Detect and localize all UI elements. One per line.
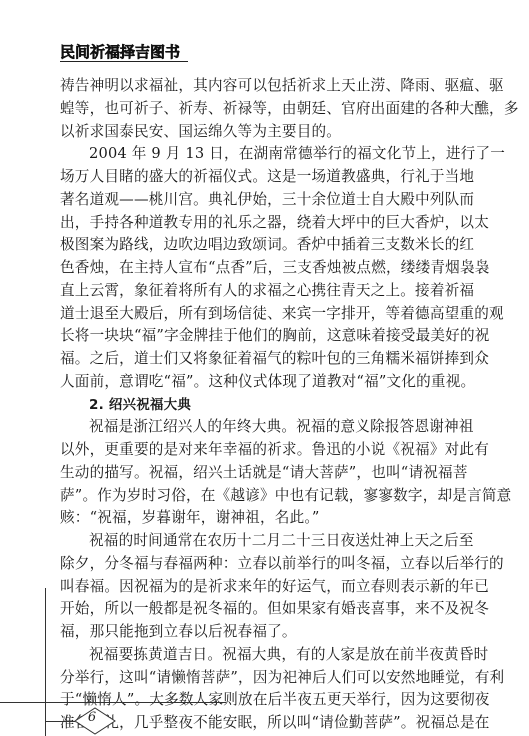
text-line: 准备福礼，几乎整夜不能安眠，所以叫“请俭勤菩萨”。祝福总是在 [60,712,462,735]
text-line: 叫春福。因祝福为的是祈求来年的好运气，而立春则表示新的年已 [60,576,462,599]
text-line: 祝福的时间通常在农历十二月二十三日夜送灶神上天之后至 [60,530,462,553]
text-line: 极图案为路线，边吹边唱边致颂词。香炉中插着三支数米长的红 [60,234,462,257]
text-line: 祝福要拣黄道吉日。祝福大典，有的人家是放在前半夜黄昏时 [60,644,462,667]
text-line: 以外，更重要的是对来年幸福的祈求。鲁迅的小说《祝福》对此有 [60,439,462,462]
text-line: 道士退至大殿后，所有到场信徒、来宾一字排开，等着德高望重的观 [60,303,462,326]
page-body: 祷告神明以求福祉，其内容可以包括祈求上天止涝、降雨、驱瘟、驱 蝗等，也可祈子、祈… [60,75,462,735]
text-line: 除夕，分冬福与春福两种：立春以前举行的叫冬福，立春以后举行的 [60,553,462,576]
text-line: 祝福是浙江绍兴人的年终大典。祝福的意义除报答恩谢神祖 [60,416,462,439]
text-line: 长将一块块“福”字金牌挂于他们的胸前，这意味着接受最美好的祝 [60,325,462,348]
header-rule [60,61,188,62]
text-line: 开始，所以一般都是祝冬福的。但如果家有婚丧喜事，来不及祝冬 [60,598,462,621]
text-line: 出，手持各种道教专用的礼乐之器，绕着大坪中的巨大香炉，以太 [60,212,462,235]
section-heading: 2. 绍兴祝福大典 [60,394,462,417]
text-line: 色香烛，在主持人宣布“点香”后，三支香烛被点燃，缕缕青烟袅袅 [60,257,462,280]
page-number: 6 [74,710,110,725]
text-line: 福，那只能拖到立春以后祝春福了。 [60,621,462,644]
text-line: 萨”。作为岁时习俗，在《越谚》中也有记载，寥寥数字，却是言简意 [60,485,462,508]
text-line: 直上云霄，象征着将所有人的求福之心携往青天之上。接着祈福 [60,280,462,303]
text-line: 于“懒惰人”。大多数人家则放在后半夜五更天举行，因为这要彻夜 [60,689,462,712]
text-line: 场万人目睹的盛大的祈福仪式。这是一场道教盛典，行礼于当地 [60,166,462,189]
footer-frame-horizontal-line [0,702,226,703]
series-header-title: 民间祈福择吉图书 [60,41,180,62]
text-line: 以祈求国泰民安、国运绵久等为主要目的。 [60,121,462,144]
text-line: 蝗等，也可祈子、祈寿、祈禄等，由朝廷、官府出面建的各种大醮，多 [60,98,462,121]
text-line: 著名道观——桃川宫。典礼伊始，三十余位道士自大殿中列队而 [60,189,462,212]
text-line: 福。之后，道士们又将象征着福气的粽叶包的三角糯米福饼捧到众 [60,348,462,371]
text-line: 生动的描写。祝福，绍兴土话就是“请大菩萨”，也叫“请祝福菩 [60,462,462,485]
text-line: 2004 年 9 月 13 日，在湖南常德举行的福文化节上，进行了一 [60,143,462,166]
text-line: 分举行，这叫“请懒惰菩萨”，因为祀神后人们可以安然地睡觉，有利 [60,667,462,690]
footer-frame-vertical-line [45,588,46,736]
footer-frame-connector-line [45,721,75,722]
text-line: 人面前，意谓吃“福”。这种仪式体现了道教对“福”文化的重视。 [60,371,462,394]
text-line: 祷告神明以求福祉，其内容可以包括祈求上天止涝、降雨、驱瘟、驱 [60,75,462,98]
text-line: 赅：“祝福，岁暮谢年，谢神祖，名此。” [60,507,462,530]
